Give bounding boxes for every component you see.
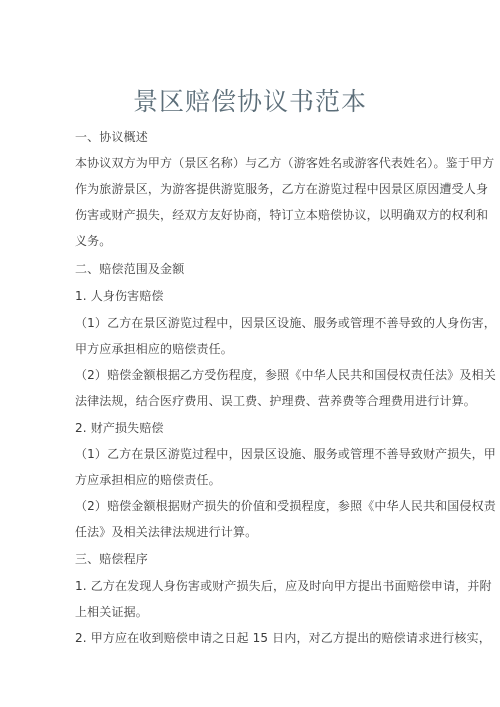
paragraph-line: 义务。 bbox=[75, 233, 435, 249]
document-title: 景区赔偿协议书范本 bbox=[0, 82, 500, 118]
subheading-property-loss: 2. 财产损失赔偿 bbox=[75, 420, 435, 436]
paragraph-line: 上相关证据。 bbox=[75, 604, 435, 620]
subheading-personal-injury: 1. 人身伤害赔偿 bbox=[75, 288, 435, 304]
paragraph-line: 法律法规，结合医疗费用、误工费、护理费、营养费等合理费用进行计算。 bbox=[75, 393, 435, 409]
section-heading-procedure: 三、赔偿程序 bbox=[75, 551, 435, 567]
paragraph-line: 2. 甲方应在收到赔偿申请之日起 15 日内，对乙方提出的赔偿请求进行核实， bbox=[75, 630, 435, 646]
document-page: 景区赔偿协议书范本 一、协议概述 本协议双方为甲方（景区名称）与乙方（游客姓名或… bbox=[0, 0, 500, 707]
paragraph-line: 作为旅游景区，为游客提供游览服务，乙方在游览过程中因景区原因遭受人身 bbox=[75, 181, 435, 197]
paragraph-line: 方应承担相应的赔偿责任。 bbox=[75, 472, 435, 488]
paragraph-line: （2）赔偿金额根据乙方受伤程度，参照《中华人民共和国侵权责任法》及相关 bbox=[75, 367, 435, 383]
paragraph-line: （2）赔偿金额根据财产损失的价值和受损程度，参照《中华人民共和国侵权责 bbox=[75, 498, 435, 514]
paragraph-line: 伤害或财产损失，经双方友好协商，特订立本赔偿协议，以明确双方的权利和 bbox=[75, 207, 435, 223]
paragraph-line: 任法》及相关法律法规进行计算。 bbox=[75, 524, 435, 540]
paragraph-line: 本协议双方为甲方（景区名称）与乙方（游客姓名或游客代表姓名）。鉴于甲方 bbox=[75, 155, 435, 171]
section-heading-overview: 一、协议概述 bbox=[75, 129, 435, 145]
paragraph-line: （1）乙方在景区游览过程中，因景区设施、服务或管理不善导致财产损失，甲 bbox=[75, 446, 435, 462]
paragraph-line: 1. 乙方在发现人身伤害或财产损失后，应及时向甲方提出书面赔偿申请，并附 bbox=[75, 578, 435, 594]
paragraph-line: （1）乙方在景区游览过程中，因景区设施、服务或管理不善导致的人身伤害， bbox=[75, 315, 435, 331]
paragraph-line: 甲方应承担相应的赔偿责任。 bbox=[75, 341, 435, 357]
section-heading-scope: 二、赔偿范围及金额 bbox=[75, 261, 435, 277]
